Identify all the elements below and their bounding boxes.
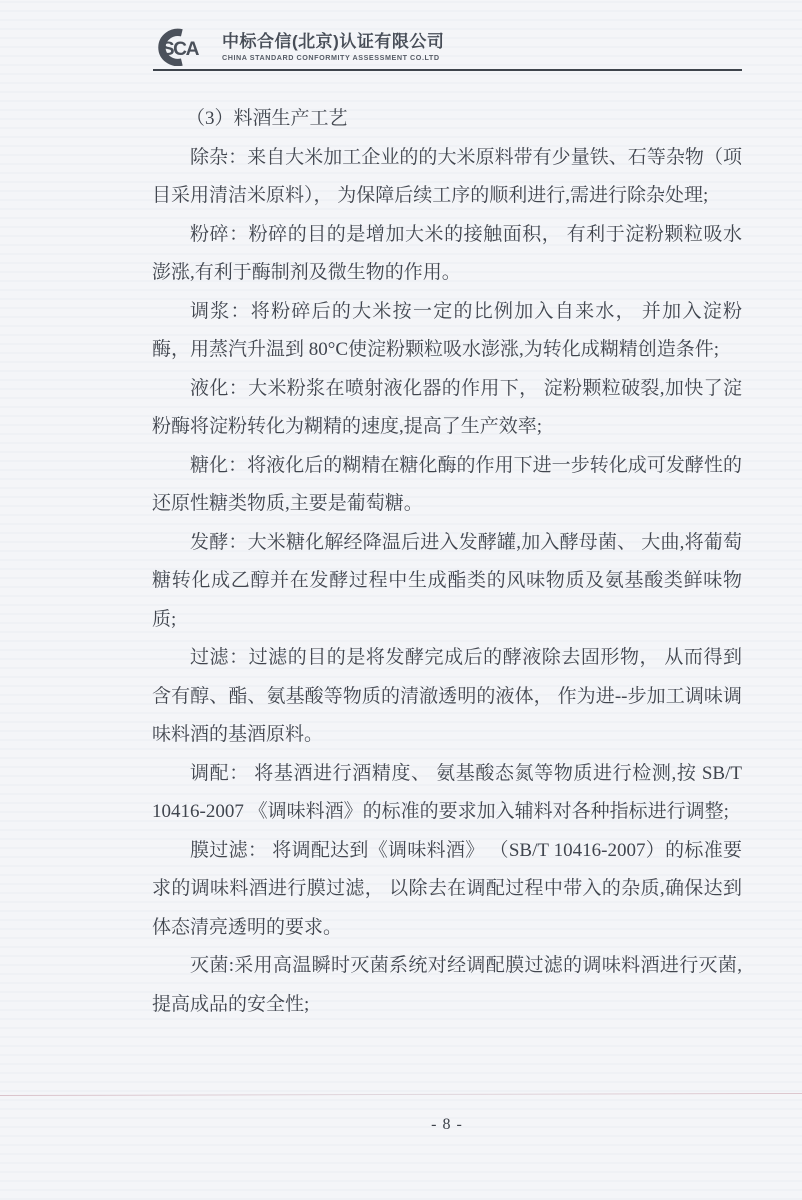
company-name-block: 中标合信(北京)认证有限公司 CHINA STANDARD CONFORMITY… [222,32,444,63]
scanned-document-page: SCA 中标合信(北京)认证有限公司 CHINA STANDARD CONFOR… [0,0,802,1200]
company-name-chinese: 中标合信(北京)认证有限公司 [222,32,444,52]
paragraph: 糖化：将液化后的糊精在糖化酶的作用下进一步转化成可发酵性的还原性糖类物质,主要是… [152,447,742,524]
paragraph: 灭菌:采用高温瞬时灭菌系统对经调配膜过滤的调味料酒进行灭菌,提高成品的安全性; [152,947,742,1024]
document-body: （3）料酒生产工艺 除杂：来自大米加工企业的的大米原料带有少量铁、石等杂物（项目… [152,100,742,1024]
paragraph: 膜过滤： 将调配达到《调味料酒》 （SB/T 10416-2007）的标准要求的… [152,832,742,948]
letterhead: SCA 中标合信(北京)认证有限公司 CHINA STANDARD CONFOR… [148,28,444,66]
section-heading: （3）料酒生产工艺 [152,100,742,139]
paragraph: 调配： 将基酒进行酒精度、 氨基酸态氮等物质进行检测,按 SB/T 10416-… [152,755,742,832]
company-name-english: CHINA STANDARD CONFORMITY ASSESSMENT CO.… [222,53,444,63]
paragraph: 粉碎：粉碎的目的是增加大米的接触面积， 有利于淀粉颗粒吸水澎涨,有利于酶制剂及微… [152,216,742,293]
footer-divider [0,1093,802,1096]
paragraph-list: 除杂：来自大米加工企业的的大米原料带有少量铁、石等杂物（项目采用清洁米原料）， … [152,139,742,1025]
paragraph: 发酵：大米糖化解经降温后进入发酵罐,加入酵母菌、 大曲,将葡萄糖转化成乙醇并在发… [152,524,742,640]
logo-letters: SCA [162,39,200,60]
paragraph: 过滤：过滤的目的是将发酵完成后的酵液除去固形物， 从而得到含有醇、酯、氨基酸等物… [152,639,742,755]
page-number: - 8 - [152,1116,742,1134]
csca-logo-icon: SCA [148,28,212,66]
paragraph: 除杂：来自大米加工企业的的大米原料带有少量铁、石等杂物（项目采用清洁米原料）， … [152,139,742,216]
paragraph: 调浆：将粉碎后的大米按一定的比例加入自来水， 并加入淀粉酶，用蒸汽升温到 80°… [152,293,742,370]
header-divider [153,69,742,71]
paragraph: 液化：大米粉浆在喷射液化器的作用下， 淀粉颗粒破裂,加快了淀粉酶将淀粉转化为糊精… [152,370,742,447]
